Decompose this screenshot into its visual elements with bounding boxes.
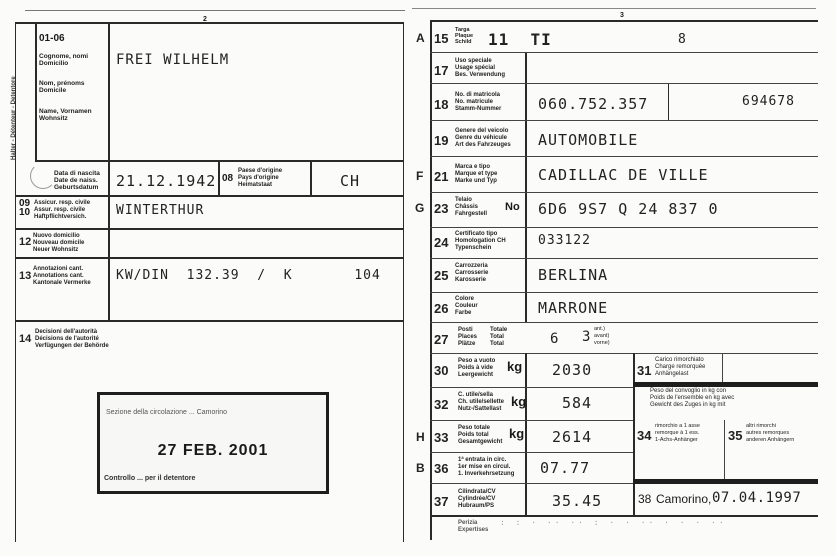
displacement-value: 35.45	[552, 492, 602, 510]
row-num: 26	[434, 301, 448, 316]
row-marker: B	[416, 461, 425, 475]
row-marker: G	[415, 201, 424, 215]
make-value: CADILLAC DE VILLE	[538, 166, 709, 184]
total-weight-num: 33	[434, 430, 448, 445]
chassis-no-suffix: No	[505, 201, 520, 213]
type-cert-label: Certificato tipo Homologation CH Typensc…	[455, 231, 506, 252]
trailer-load-label: Carico rimorchiato Charge remorquée Anhä…	[655, 357, 705, 378]
row-marker: F	[416, 169, 423, 183]
train-weight-header: Peso del convoglio in kg con Poids de l'…	[650, 388, 734, 409]
seats-label: Posti Places Plätze	[458, 327, 477, 348]
row-num: 23	[434, 201, 448, 216]
row-num: 18	[434, 97, 448, 112]
issue-place: Camorino,	[656, 492, 711, 506]
empty-weight-num: 30	[434, 363, 448, 378]
total-weight-value: 2614	[552, 428, 592, 446]
total-weight-unit: kg	[509, 426, 524, 441]
seats-total-label: Totale Total Total	[490, 327, 507, 348]
seats-front: 3	[582, 329, 591, 345]
plate-label: Targa Plaque Schild	[455, 27, 473, 45]
body-value: BERLINA	[538, 266, 608, 284]
trailer-1axle-num: 34	[637, 428, 651, 443]
first-reg-num: 36	[434, 461, 448, 476]
seats-num: 27	[434, 332, 448, 347]
trailer-other-num: 35	[728, 428, 742, 443]
right-card: 3 A 15 Targa Plaque Schild 11 TI 8 17 Us…	[0, 0, 836, 556]
issue-date: 07.04.1997	[712, 490, 801, 506]
row-num: 25	[434, 268, 448, 283]
type-cert-value: 033122	[538, 233, 591, 248]
displacement-label: Cilindrata/CV Cylindrée/CV Hubraum/PS	[458, 489, 496, 510]
faded-print: : : · ·· ·· : · · ·· · · · ··	[500, 518, 727, 527]
payload-label: C. utile/sella Ch. utile/sellette Nutz-/…	[458, 392, 504, 413]
empty-weight-label: Peso a vuoto Poids à vide Leergewicht	[458, 358, 495, 379]
row-num: 15	[434, 31, 448, 46]
first-reg-value: 07.77	[540, 459, 590, 477]
payload-num: 32	[434, 397, 448, 412]
plate-value-2: 8	[678, 32, 687, 47]
make-label: Marca e tipo Marque et type Marke und Ty…	[455, 164, 497, 185]
vehicle-type-value: AUTOMOBILE	[538, 131, 638, 149]
total-weight-label: Peso totale Poids total Gesamtgewicht	[458, 425, 502, 446]
payload-unit: kg	[511, 394, 526, 409]
first-reg-label: 1ª entrata in circ. 1er mise en circul. …	[458, 457, 514, 478]
trailer-1axle-label: rimorchio a 1 asse remorque à 1 ess. 1-A…	[655, 423, 700, 444]
trailer-load-num: 31	[637, 363, 651, 378]
special-use-label: Uso speciale Usage spécial Bes. Verwendu…	[455, 58, 505, 79]
row-num: 19	[434, 133, 448, 148]
row-marker: A	[416, 31, 425, 45]
row-num: 21	[434, 169, 448, 184]
page-number: 3	[620, 12, 624, 19]
row-marker: H	[416, 430, 425, 444]
empty-weight-unit: kg	[507, 359, 522, 374]
seats-total: 6	[550, 331, 559, 347]
plate-value: 11 TI	[488, 30, 552, 49]
trailer-other-label: altri rimorchi autres remorques anderen …	[746, 423, 794, 444]
expertise-label: Perizia Expertises	[458, 520, 488, 534]
issue-num: 38	[638, 492, 651, 506]
displacement-num: 37	[434, 494, 448, 509]
empty-weight-value: 2030	[552, 361, 592, 379]
serial-label: No. di matricola No. matricule Stamm-Num…	[455, 92, 501, 113]
row-num: 24	[434, 235, 448, 250]
vehicle-type-label: Genere del veicolo Genre du véhicule Art…	[455, 128, 511, 149]
row-num: 17	[434, 63, 448, 78]
payload-value: 584	[562, 394, 592, 412]
color-label: Colore Couleur Farbe	[455, 296, 478, 317]
serial-value: 060.752.357	[538, 95, 648, 113]
chassis-value: 6D6 9S7 Q 24 837 0	[538, 200, 719, 218]
body-label: Carrozzeria Carrosserie Karosserie	[455, 263, 488, 284]
chassis-label: Telaio Châssis Fahrgestell	[455, 197, 487, 218]
serial-value-2: 694678	[742, 94, 795, 109]
seats-front-label: ant.) avant) vorne)	[594, 326, 610, 347]
color-value: MARRONE	[538, 299, 608, 317]
